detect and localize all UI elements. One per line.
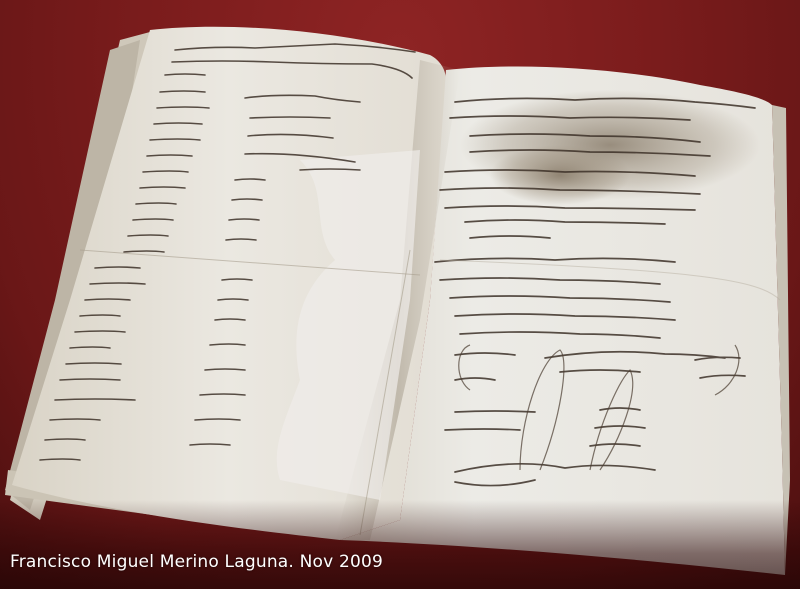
- bottom-shadow: [0, 500, 800, 589]
- photo-credit-watermark: Francisco Miguel Merino Laguna. Nov 2009: [10, 552, 383, 572]
- display-surface: Francisco Miguel Merino Laguna. Nov 2009: [0, 0, 800, 589]
